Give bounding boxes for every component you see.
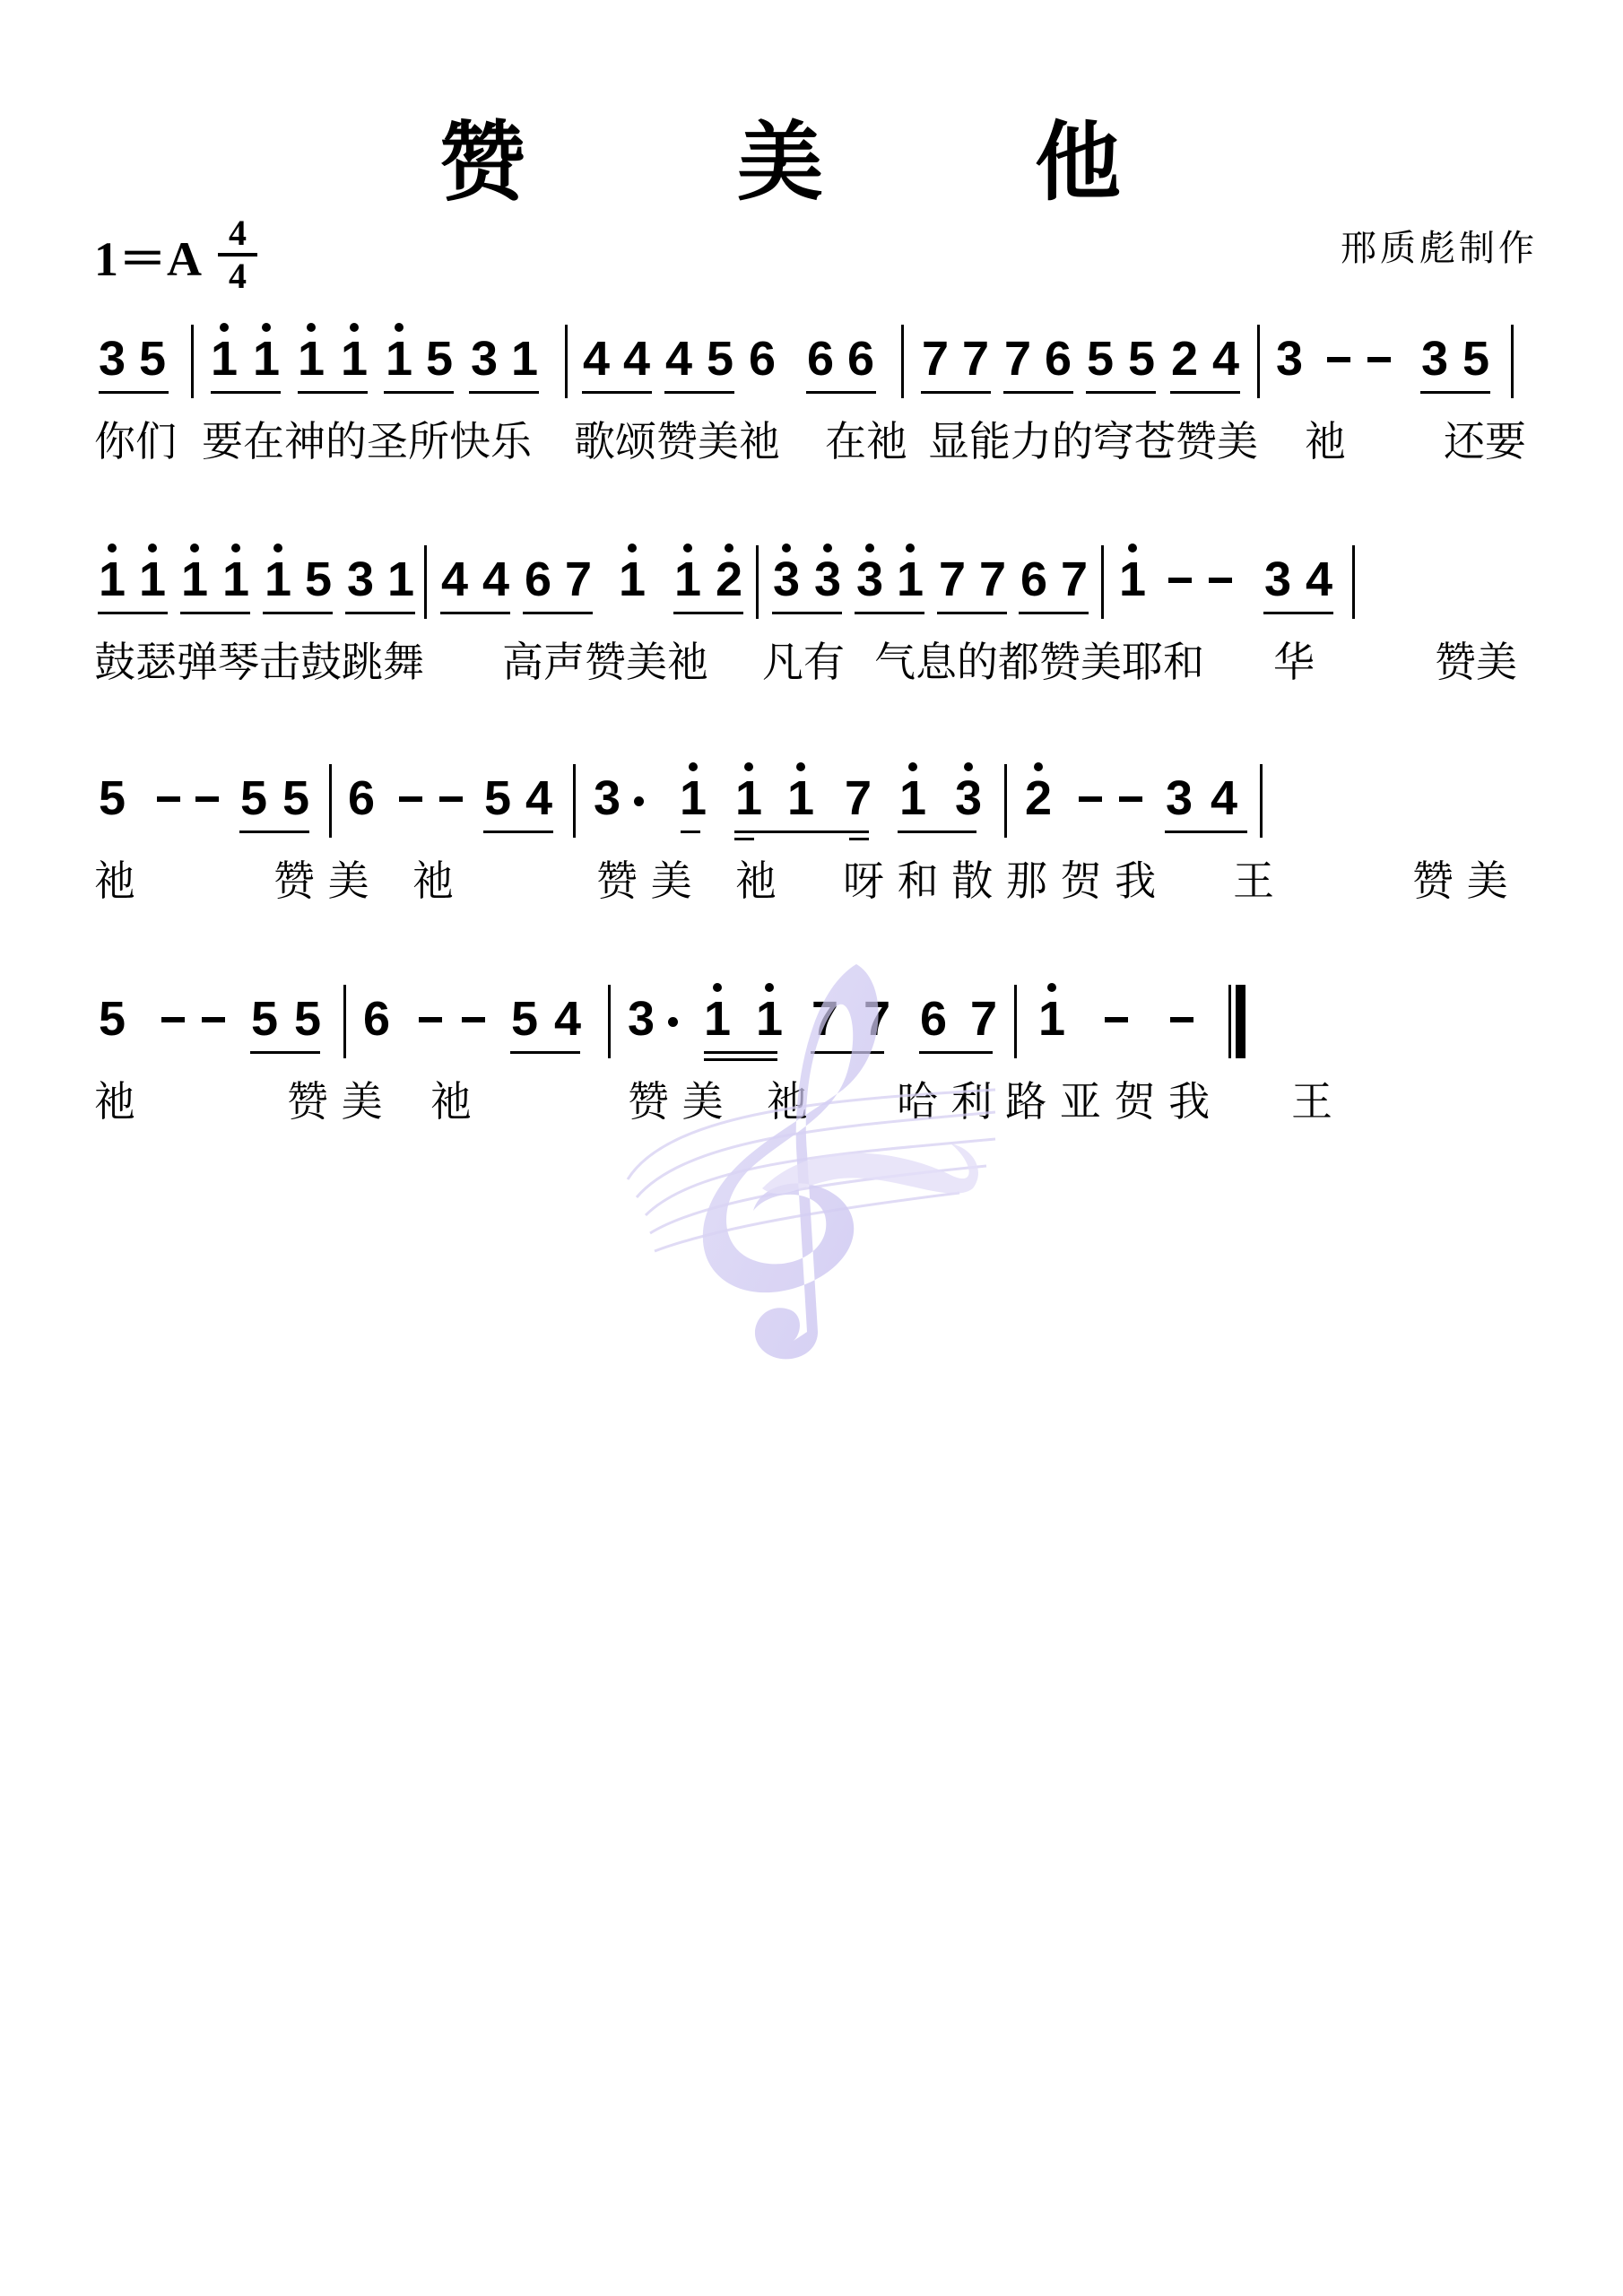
note: 6 <box>1040 332 1076 386</box>
time-signature: 4 4 <box>218 215 257 294</box>
beam <box>734 831 869 833</box>
note: 4 <box>578 332 614 386</box>
note: 5 <box>135 332 170 386</box>
notation-line-2: 1 1 1 1 1 5 3 1 4 4 6 7 1 1 2 3 3 3 1 7 … <box>94 536 1547 635</box>
dash <box>195 796 219 802</box>
barline <box>573 764 576 838</box>
note: 7 <box>807 992 843 1046</box>
note: 4 <box>1301 552 1337 606</box>
dash <box>157 796 180 802</box>
note: 1 <box>293 332 329 386</box>
dash <box>1168 578 1192 583</box>
note-digit: 1 <box>139 552 166 606</box>
note: 4 <box>1208 332 1244 386</box>
note: 3 <box>950 771 986 825</box>
dash <box>1079 796 1102 802</box>
octave-dot-icon <box>190 544 199 552</box>
note-digit: 1 <box>181 552 208 606</box>
dash <box>1367 357 1391 362</box>
beam <box>523 612 593 614</box>
barline <box>901 325 904 398</box>
note: 1 <box>614 552 650 606</box>
octave-dot-icon <box>713 983 722 992</box>
lyric: 气息的都赞美耶和 <box>874 635 1204 689</box>
octave-dot-icon <box>964 762 973 771</box>
octave-dot-icon <box>148 544 157 552</box>
note: 5 <box>247 992 282 1046</box>
note: 5 <box>1124 332 1159 386</box>
note-digit: 1 <box>1119 552 1146 606</box>
note: 7 <box>934 552 970 606</box>
note-digit: 1 <box>253 332 280 386</box>
barline <box>1004 764 1007 838</box>
lyric: 祂 <box>767 1074 808 1128</box>
note-digit: 1 <box>298 332 325 386</box>
dash <box>161 1017 185 1022</box>
dash <box>1170 1017 1193 1022</box>
note: 3 <box>810 552 846 606</box>
octave-dot-icon <box>689 762 698 771</box>
note: 1 <box>699 992 735 1046</box>
dash <box>1209 578 1232 583</box>
beam <box>250 1051 320 1054</box>
beam <box>806 391 876 394</box>
note: 6 <box>1016 552 1052 606</box>
beam <box>919 1051 993 1054</box>
note: 6 <box>343 771 379 825</box>
note: 1 <box>206 332 242 386</box>
beam <box>483 831 553 833</box>
note: 1 <box>383 552 419 606</box>
note: 4 <box>437 552 473 606</box>
note: 5 <box>94 992 130 1046</box>
note-digit: 1 <box>897 552 924 606</box>
note: 4 <box>1206 771 1242 825</box>
note: 1 <box>507 332 542 386</box>
note: 6 <box>803 332 838 386</box>
beam <box>1086 391 1156 394</box>
note: 3 <box>623 992 659 1046</box>
note: 3 <box>589 771 625 825</box>
note: 1 <box>248 332 284 386</box>
note: 3 <box>343 552 378 606</box>
barline <box>1511 325 1514 398</box>
note: 7 <box>859 992 895 1046</box>
lyric: 歌颂赞美祂 <box>574 414 780 468</box>
beam-sixteenth <box>849 838 869 840</box>
note: 5 <box>702 332 738 386</box>
octave-dot-icon <box>908 762 917 771</box>
note: 6 <box>520 552 556 606</box>
octave-dot-icon <box>796 762 805 771</box>
lyrics-line-2: 鼓瑟弹琴击鼓跳舞 高声赞美祂 凡有 气息的都赞美耶和 华 赞美 <box>94 635 1547 698</box>
octave-dot-icon <box>1034 762 1043 771</box>
note: 5 <box>94 771 130 825</box>
final-barline-thin <box>1228 985 1231 1058</box>
note: 5 <box>1082 332 1118 386</box>
note-digit: 1 <box>899 771 926 825</box>
barline <box>424 545 427 619</box>
note: 5 <box>290 992 325 1046</box>
dash <box>419 1017 442 1022</box>
beam <box>298 391 368 394</box>
lyric: 王 <box>1291 1074 1332 1128</box>
octave-dot-icon <box>273 544 282 552</box>
note-digit: 1 <box>265 552 291 606</box>
lyric: 赞 美 <box>1412 854 1508 908</box>
lyric: 祂 <box>430 1074 472 1128</box>
note: 4 <box>661 332 697 386</box>
octave-dot-icon <box>262 323 271 332</box>
music-system-2: 1 1 1 1 1 5 3 1 4 4 6 7 1 1 2 3 3 3 1 7 … <box>94 536 1547 716</box>
note-digit: 1 <box>680 771 707 825</box>
lyrics-line-3: 祂 赞 美 祂 赞 美 祂 呀 和 散 那 贺 我 王 赞 美 <box>94 854 1547 917</box>
lyric: 祂 <box>94 854 135 908</box>
augmentation-dot <box>668 1017 678 1027</box>
notation-line-1: 3 5 1 1 1 1 1 5 3 1 4 4 4 5 6 6 6 7 7 7 … <box>94 316 1547 414</box>
barline <box>1257 325 1260 398</box>
note: 3 <box>1161 771 1197 825</box>
note-digit: 1 <box>674 552 701 606</box>
note-digit: 3 <box>856 552 883 606</box>
note: 4 <box>521 771 557 825</box>
note: 1 <box>892 552 928 606</box>
octave-dot-icon <box>782 544 791 552</box>
note: 1 <box>94 552 130 606</box>
lyric: 祂 <box>1305 414 1346 468</box>
beam <box>384 391 454 394</box>
note: 2 <box>1167 332 1202 386</box>
beam <box>440 612 510 614</box>
lyric: 赞 美 <box>273 854 369 908</box>
note: 1 <box>135 552 170 606</box>
dash <box>1105 1017 1128 1022</box>
dash <box>1119 796 1142 802</box>
note-digit: 1 <box>735 771 762 825</box>
beam <box>1003 391 1073 394</box>
beam <box>180 612 250 614</box>
beam <box>811 1051 884 1054</box>
lyric: 凡有 <box>762 635 845 689</box>
lyric: 赞美 <box>1435 635 1517 689</box>
lyric: 呀 和 散 那 贺 我 <box>843 854 1156 908</box>
octave-dot-icon <box>231 544 240 552</box>
note: 1 <box>336 332 372 386</box>
note-digit: 1 <box>704 992 731 1046</box>
note-digit: 1 <box>619 552 646 606</box>
note: 7 <box>840 771 876 825</box>
note: 1 <box>895 771 931 825</box>
beam <box>98 612 168 614</box>
note: 1 <box>260 552 296 606</box>
augmentation-dot <box>634 796 644 806</box>
octave-dot-icon <box>823 544 832 552</box>
note: 1 <box>675 771 711 825</box>
octave-dot-icon <box>765 983 774 992</box>
barline <box>756 545 759 619</box>
note: 3 <box>466 332 502 386</box>
note: 1 <box>751 992 787 1046</box>
beam <box>704 1051 777 1054</box>
lyric: 高声赞美祂 <box>502 635 708 689</box>
note: 4 <box>478 552 514 606</box>
music-system-4: 5 5 5 6 5 4 3 1 1 7 7 6 7 1 祂 赞 美 祂 <box>94 976 1547 1155</box>
lyric: 在祂 <box>825 414 907 468</box>
note: 4 <box>619 332 655 386</box>
note: 2 <box>1020 771 1056 825</box>
music-system-1: 3 5 1 1 1 1 1 5 3 1 4 4 4 5 6 6 6 7 7 7 … <box>94 316 1547 495</box>
note: 1 <box>1034 992 1070 1046</box>
note-digit: 1 <box>1038 992 1065 1046</box>
note: 5 <box>480 771 516 825</box>
lyric: 赞 美 <box>596 854 692 908</box>
octave-dot-icon <box>108 544 117 552</box>
key-tonic: 1＝A <box>94 221 202 290</box>
barline <box>1014 985 1017 1058</box>
lyric: 还要 <box>1444 414 1526 468</box>
beam <box>345 612 415 614</box>
note-digit: 1 <box>787 771 814 825</box>
octave-dot-icon <box>725 544 733 552</box>
note-digit: 1 <box>99 552 126 606</box>
note: 6 <box>916 992 951 1046</box>
beam <box>1019 612 1089 614</box>
lyric: 鼓瑟弹琴击鼓跳舞 <box>94 635 424 689</box>
beam <box>1420 391 1490 394</box>
barline <box>343 985 346 1058</box>
note-digit: 3 <box>814 552 841 606</box>
notation-line-3: 5 5 5 6 5 4 3 1 1 1 7 1 3 2 3 4 <box>94 755 1547 854</box>
note-digit: 1 <box>756 992 783 1046</box>
note: 1 <box>381 332 417 386</box>
beam <box>855 612 924 614</box>
dash <box>439 796 463 802</box>
note: 6 <box>744 332 780 386</box>
lyric: 赞 美 <box>628 1074 724 1128</box>
note: 1 <box>177 552 213 606</box>
beam <box>99 391 169 394</box>
note: 7 <box>966 992 1002 1046</box>
note: 7 <box>1056 552 1092 606</box>
note: 1 <box>1115 552 1150 606</box>
key-signature: 1＝A 4 4 <box>94 215 257 294</box>
note: 6 <box>843 332 879 386</box>
lyric: 祂 <box>412 854 454 908</box>
beam <box>510 1051 580 1054</box>
dash <box>462 1017 485 1022</box>
note-digit: 3 <box>773 552 800 606</box>
beam <box>772 612 842 614</box>
lyrics-line-1: 你们 要在神的圣所快乐 歌颂赞美祂 在祂 显能力的穹苍赞美 祂 还要 <box>94 414 1547 477</box>
note: 5 <box>1458 332 1494 386</box>
lyric: 显能力的穹苍赞美 <box>928 414 1258 468</box>
lyrics-line-4: 祂 赞 美 祂 赞 美 祂 哈 利 路 亚 贺 我 王 <box>94 1074 1547 1137</box>
octave-dot-icon <box>307 323 316 332</box>
lyric: 王 <box>1233 854 1274 908</box>
time-signature-top: 4 <box>229 215 247 251</box>
octave-dot-icon <box>865 544 874 552</box>
note: 5 <box>507 992 542 1046</box>
note-digit: 2 <box>716 552 742 606</box>
beam <box>673 612 743 614</box>
note: 7 <box>560 552 596 606</box>
beam <box>211 391 281 394</box>
lyric: 赞 美 <box>287 1074 383 1128</box>
note: 3 <box>1260 552 1296 606</box>
note: 7 <box>958 332 994 386</box>
beam <box>681 831 700 833</box>
note: 2 <box>711 552 747 606</box>
octave-dot-icon <box>395 323 404 332</box>
note-digit: 1 <box>211 332 238 386</box>
note-digit: 2 <box>1025 771 1052 825</box>
barline <box>565 325 568 398</box>
dash <box>1327 357 1350 362</box>
dash <box>399 796 422 802</box>
music-system-3: 5 5 5 6 5 4 3 1 1 1 7 1 3 2 3 4 <box>94 755 1547 935</box>
note: 7 <box>975 552 1011 606</box>
note: 3 <box>1271 332 1307 386</box>
lyric: 你们 <box>94 414 177 468</box>
note: 7 <box>917 332 953 386</box>
beam-sixteenth <box>734 838 754 840</box>
note-digit: 1 <box>341 332 368 386</box>
note: 7 <box>1000 332 1036 386</box>
note: 5 <box>421 332 457 386</box>
note: 4 <box>550 992 586 1046</box>
note: 3 <box>768 552 804 606</box>
notation-line-4: 5 5 5 6 5 4 3 1 1 7 7 6 7 1 <box>94 976 1547 1074</box>
note-digit: 1 <box>386 332 412 386</box>
note: 1 <box>783 771 819 825</box>
barline <box>1260 764 1263 838</box>
lyric: 华 <box>1273 635 1315 689</box>
note: 5 <box>236 771 272 825</box>
beam <box>921 391 991 394</box>
octave-dot-icon <box>350 323 359 332</box>
barline <box>608 985 611 1058</box>
barline <box>191 325 194 398</box>
page-title: 赞 美 他 <box>0 94 1623 217</box>
beam <box>898 831 976 833</box>
octave-dot-icon <box>683 544 692 552</box>
lyric: 祂 <box>94 1074 135 1128</box>
note-digit: 3 <box>955 771 982 825</box>
octave-dot-icon <box>220 323 229 332</box>
beam <box>582 391 652 394</box>
note: 3 <box>94 332 130 386</box>
octave-dot-icon <box>906 544 915 552</box>
final-barline-thick <box>1236 985 1245 1058</box>
octave-dot-icon <box>744 762 753 771</box>
beam <box>239 831 309 833</box>
beam <box>1170 391 1240 394</box>
note-digit: 1 <box>222 552 249 606</box>
beam <box>1263 612 1333 614</box>
note: 5 <box>300 552 336 606</box>
octave-dot-icon <box>1047 983 1056 992</box>
beam <box>1165 831 1247 833</box>
lyric: 哈 利 路 亚 贺 我 <box>897 1074 1210 1128</box>
note: 1 <box>670 552 706 606</box>
barline <box>329 764 332 838</box>
note: 5 <box>278 771 314 825</box>
time-signature-bottom: 4 <box>229 258 247 294</box>
note: 3 <box>852 552 888 606</box>
beam-sixteenth <box>704 1058 777 1061</box>
beam <box>937 612 1007 614</box>
note: 1 <box>218 552 254 606</box>
dash <box>202 1017 225 1022</box>
beam <box>263 612 333 614</box>
beam <box>469 391 539 394</box>
note: 6 <box>359 992 395 1046</box>
author-credit: 邢质彪制作 <box>1341 220 1538 271</box>
barline <box>1352 545 1355 619</box>
note: 1 <box>731 771 767 825</box>
lyric: 祂 <box>735 854 777 908</box>
note: 3 <box>1417 332 1453 386</box>
octave-dot-icon <box>1128 544 1137 552</box>
beam <box>664 391 734 394</box>
lyric: 要在神的圣所快乐 <box>202 414 532 468</box>
octave-dot-icon <box>628 544 637 552</box>
barline <box>1101 545 1104 619</box>
